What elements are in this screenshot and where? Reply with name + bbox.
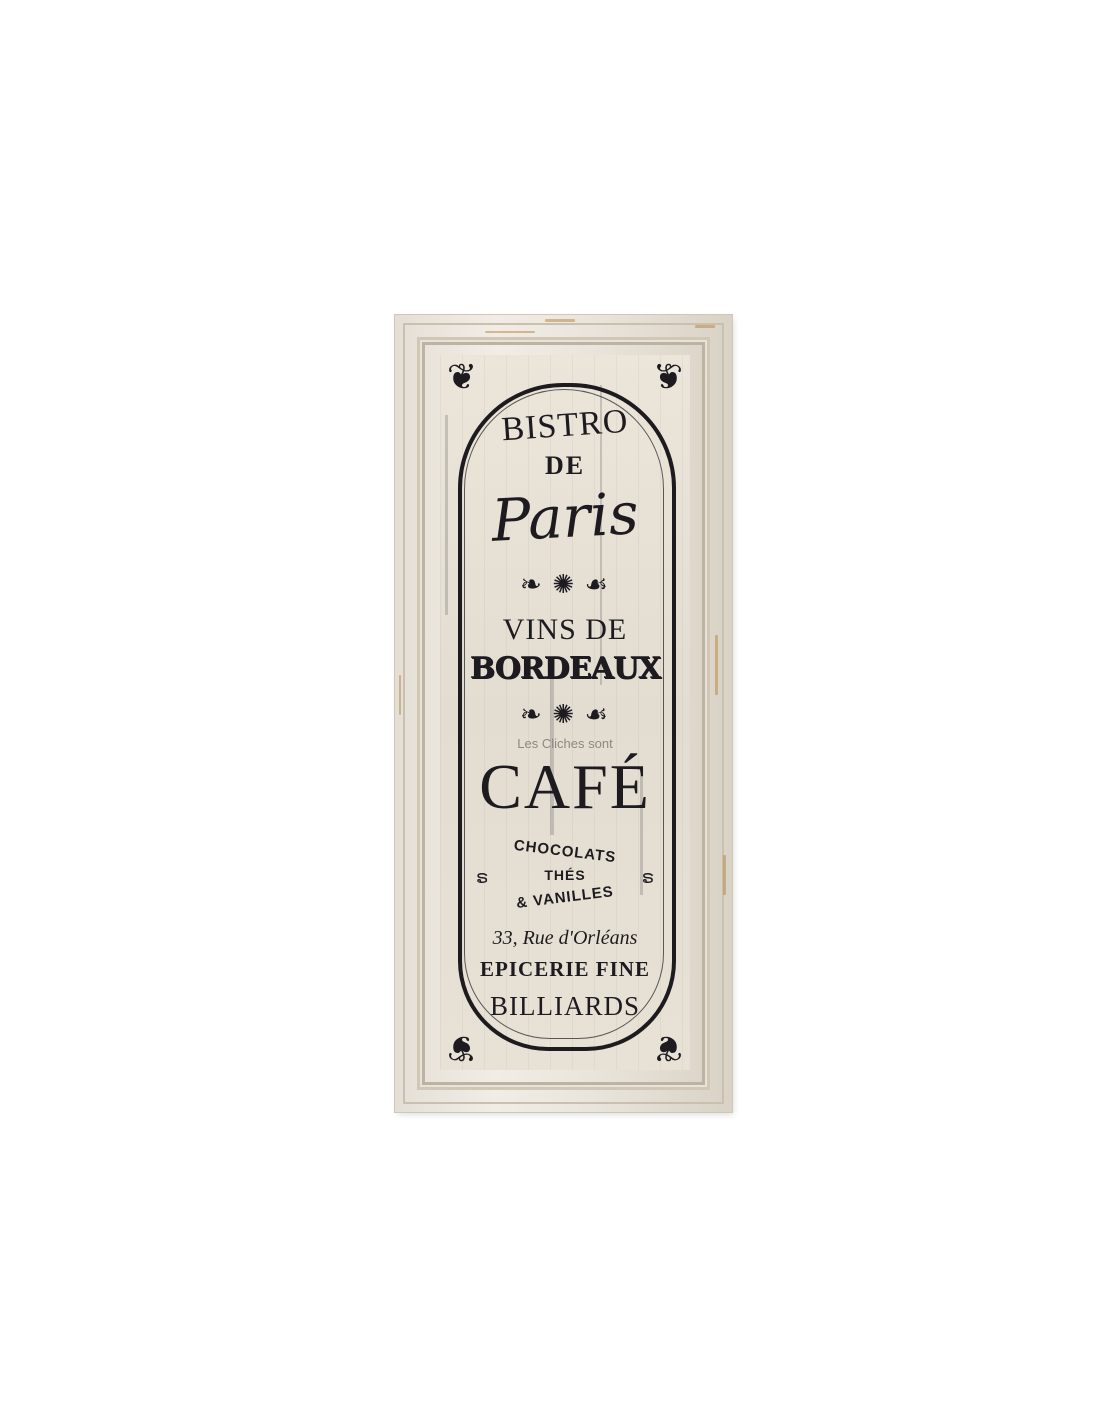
flourish-ornament-icon: ❧ ✺ ☙ <box>440 700 690 730</box>
sign-text-epicerie-fine: EPICERIE FINE <box>440 957 690 982</box>
sign-panel: ❦ ❦ ❦ ❦ BISTRO DE Paris ❧ ✺ ☙ VINS DE BO… <box>440 355 690 1070</box>
corner-ornament-icon: ❦ <box>442 1028 482 1068</box>
sign-text-de: DE <box>440 451 690 481</box>
sign-text-billiards: BILLIARDS <box>440 991 690 1022</box>
flourish-ornament-icon: ❧ ✺ ☙ <box>440 570 690 600</box>
sign-text-cafe: CAFÉ <box>440 750 690 824</box>
sign-text-vins-de: VINS DE <box>440 613 690 647</box>
sign-text-paris: Paris <box>440 477 690 558</box>
corner-ornament-icon: ❦ <box>442 357 482 397</box>
sign-text-address: 33, Rue d'Orléans <box>440 927 690 950</box>
corner-ornament-icon: ❦ <box>648 357 688 397</box>
sign-text-bordeaux: BORDEAUX <box>440 651 690 686</box>
sign-text-faded: Les Cliches sont <box>440 736 690 751</box>
corner-ornament-icon: ❦ <box>648 1028 688 1068</box>
